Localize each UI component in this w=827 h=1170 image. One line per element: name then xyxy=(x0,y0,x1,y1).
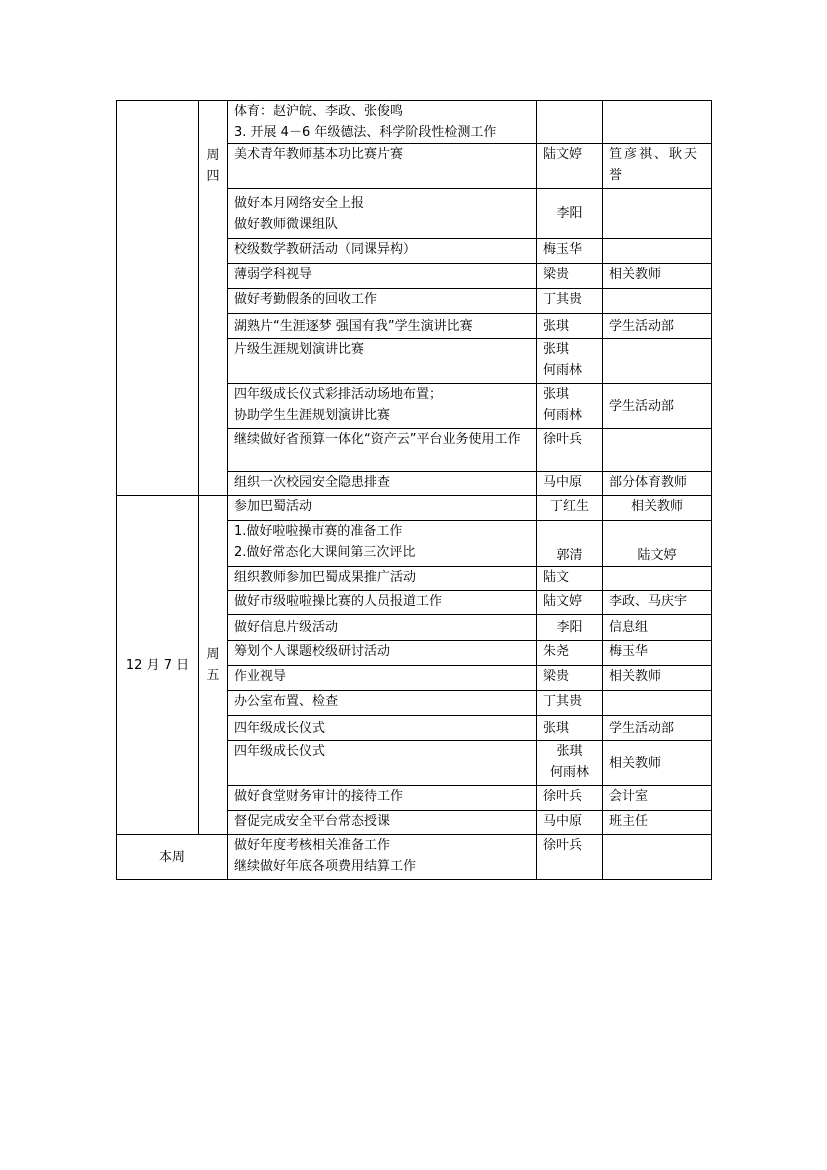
lead-cell: 张琪 何雨林 xyxy=(537,741,603,786)
participants-cell: 相关教师 xyxy=(603,741,712,786)
this-week-label: 本周 xyxy=(117,835,228,880)
participants-cell xyxy=(603,289,712,314)
task-cell: 校级数学教研活动（同课异构） xyxy=(228,239,537,264)
participants-cell: 李政、马庆宇 xyxy=(603,591,712,615)
task-cell: 作业视导 xyxy=(228,666,537,691)
task-cell: 参加巴蜀活动 xyxy=(228,496,537,521)
lead-cell: 丁红生 xyxy=(537,496,603,521)
table-row-this-week: 本周 做好年度考核相关准备工作 继续做好年底各项费用结算工作 徐叶兵 xyxy=(117,835,712,880)
participants-cell: 梅玉华 xyxy=(603,641,712,666)
task-cell: 1.做好啦啦操市赛的准备工作 2.做好常态化大课间第三次评比 xyxy=(228,521,537,567)
participants-cell xyxy=(603,339,712,384)
lead-cell: 马中原 xyxy=(537,811,603,835)
lead-cell: 张琪 何雨林 xyxy=(537,339,603,384)
lead-cell: 陆文婷 xyxy=(537,591,603,615)
lead-cell: 张琪 xyxy=(537,716,603,741)
task-cell: 做好信息片级活动 xyxy=(228,615,537,641)
task-cell: 做好市级啦啦操比赛的人员报道工作 xyxy=(228,591,537,615)
task-cell: 督促完成安全平台常态授课 xyxy=(228,811,537,835)
lead-cell: 郭清 xyxy=(537,521,603,567)
participants-cell: 笪彦祺、耿天誉 xyxy=(603,144,712,189)
task-cell: 美术青年教师基本功比赛片赛 xyxy=(228,144,537,189)
participants-cell: 陆文婷 xyxy=(603,521,712,567)
participants-cell: 相关教师 xyxy=(603,496,712,521)
task-cell: 薄弱学科视导 xyxy=(228,264,537,289)
participants-cell: 学生活动部 xyxy=(603,314,712,339)
task-cell: 筹划个人课题校级研讨活动 xyxy=(228,641,537,666)
participants-cell xyxy=(603,567,712,591)
lead-cell: 陆文婷 xyxy=(537,144,603,189)
participants-cell: 信息组 xyxy=(603,615,712,641)
lead-cell: 李阳 xyxy=(537,615,603,641)
task-cell: 办公室布置、检查 xyxy=(228,691,537,716)
task-cell: 做好考勤假条的回收工作 xyxy=(228,289,537,314)
participants-cell: 相关教师 xyxy=(603,666,712,691)
participants-cell xyxy=(603,101,712,144)
lead-cell: 徐叶兵 xyxy=(537,429,603,472)
task-cell: 四年级成长仪式 xyxy=(228,741,537,786)
participants-cell xyxy=(603,691,712,716)
lead-cell: 朱尧 xyxy=(537,641,603,666)
participants-cell xyxy=(603,239,712,264)
task-cell: 湖熟片“生涯逐梦 强国有我”学生演讲比赛 xyxy=(228,314,537,339)
participants-cell xyxy=(603,189,712,239)
participants-cell: 学生活动部 xyxy=(603,384,712,429)
lead-cell: 丁其贵 xyxy=(537,289,603,314)
lead-cell: 梅玉华 xyxy=(537,239,603,264)
lead-cell: 马中原 xyxy=(537,472,603,496)
lead-cell: 徐叶兵 xyxy=(537,786,603,811)
date-cell: 12 月 7 日 xyxy=(117,496,199,835)
table-row: 周 四 体育：赵沪皖、李政、张俊鸣 3. 开展 4－6 年级德法、科学阶段性检测… xyxy=(117,101,712,144)
date-cell-empty xyxy=(117,101,199,496)
task-cell: 四年级成长仪式 xyxy=(228,716,537,741)
task-cell: 体育：赵沪皖、李政、张俊鸣 3. 开展 4－6 年级德法、科学阶段性检测工作 xyxy=(228,101,537,144)
schedule-table: 周 四 体育：赵沪皖、李政、张俊鸣 3. 开展 4－6 年级德法、科学阶段性检测… xyxy=(116,100,712,880)
table-row: 12 月 7 日 周 五 参加巴蜀活动 丁红生 相关教师 xyxy=(117,496,712,521)
task-cell: 组织教师参加巴蜀成果推广活动 xyxy=(228,567,537,591)
task-cell: 做好本月网络安全上报 做好教师微课组队 xyxy=(228,189,537,239)
weekday-cell-friday: 周 五 xyxy=(199,496,228,835)
task-cell: 四年级成长仪式彩排活动场地布置； 协助学生生涯规划演讲比赛 xyxy=(228,384,537,429)
participants-cell xyxy=(603,429,712,472)
lead-cell: 李阳 xyxy=(537,189,603,239)
lead-cell: 张琪 xyxy=(537,314,603,339)
lead-cell: 梁贵 xyxy=(537,264,603,289)
participants-cell xyxy=(603,835,712,880)
task-cell: 组织一次校园安全隐患排查 xyxy=(228,472,537,496)
lead-cell: 张琪 何雨林 xyxy=(537,384,603,429)
task-cell: 继续做好省预算一体化“资产云”平台业务使用工作 xyxy=(228,429,537,472)
participants-cell: 学生活动部 xyxy=(603,716,712,741)
participants-cell: 相关教师 xyxy=(603,264,712,289)
lead-cell xyxy=(537,101,603,144)
lead-cell: 梁贵 xyxy=(537,666,603,691)
lead-cell: 丁其贵 xyxy=(537,691,603,716)
weekday-cell-thursday: 周 四 xyxy=(199,101,228,496)
task-cell: 做好食堂财务审计的接待工作 xyxy=(228,786,537,811)
lead-cell: 徐叶兵 xyxy=(537,835,603,880)
task-cell: 片级生涯规划演讲比赛 xyxy=(228,339,537,384)
participants-cell: 部分体育教师 xyxy=(603,472,712,496)
participants-cell: 会计室 xyxy=(603,786,712,811)
participants-cell: 班主任 xyxy=(603,811,712,835)
task-cell: 做好年度考核相关准备工作 继续做好年底各项费用结算工作 xyxy=(228,835,537,880)
lead-cell: 陆文 xyxy=(537,567,603,591)
